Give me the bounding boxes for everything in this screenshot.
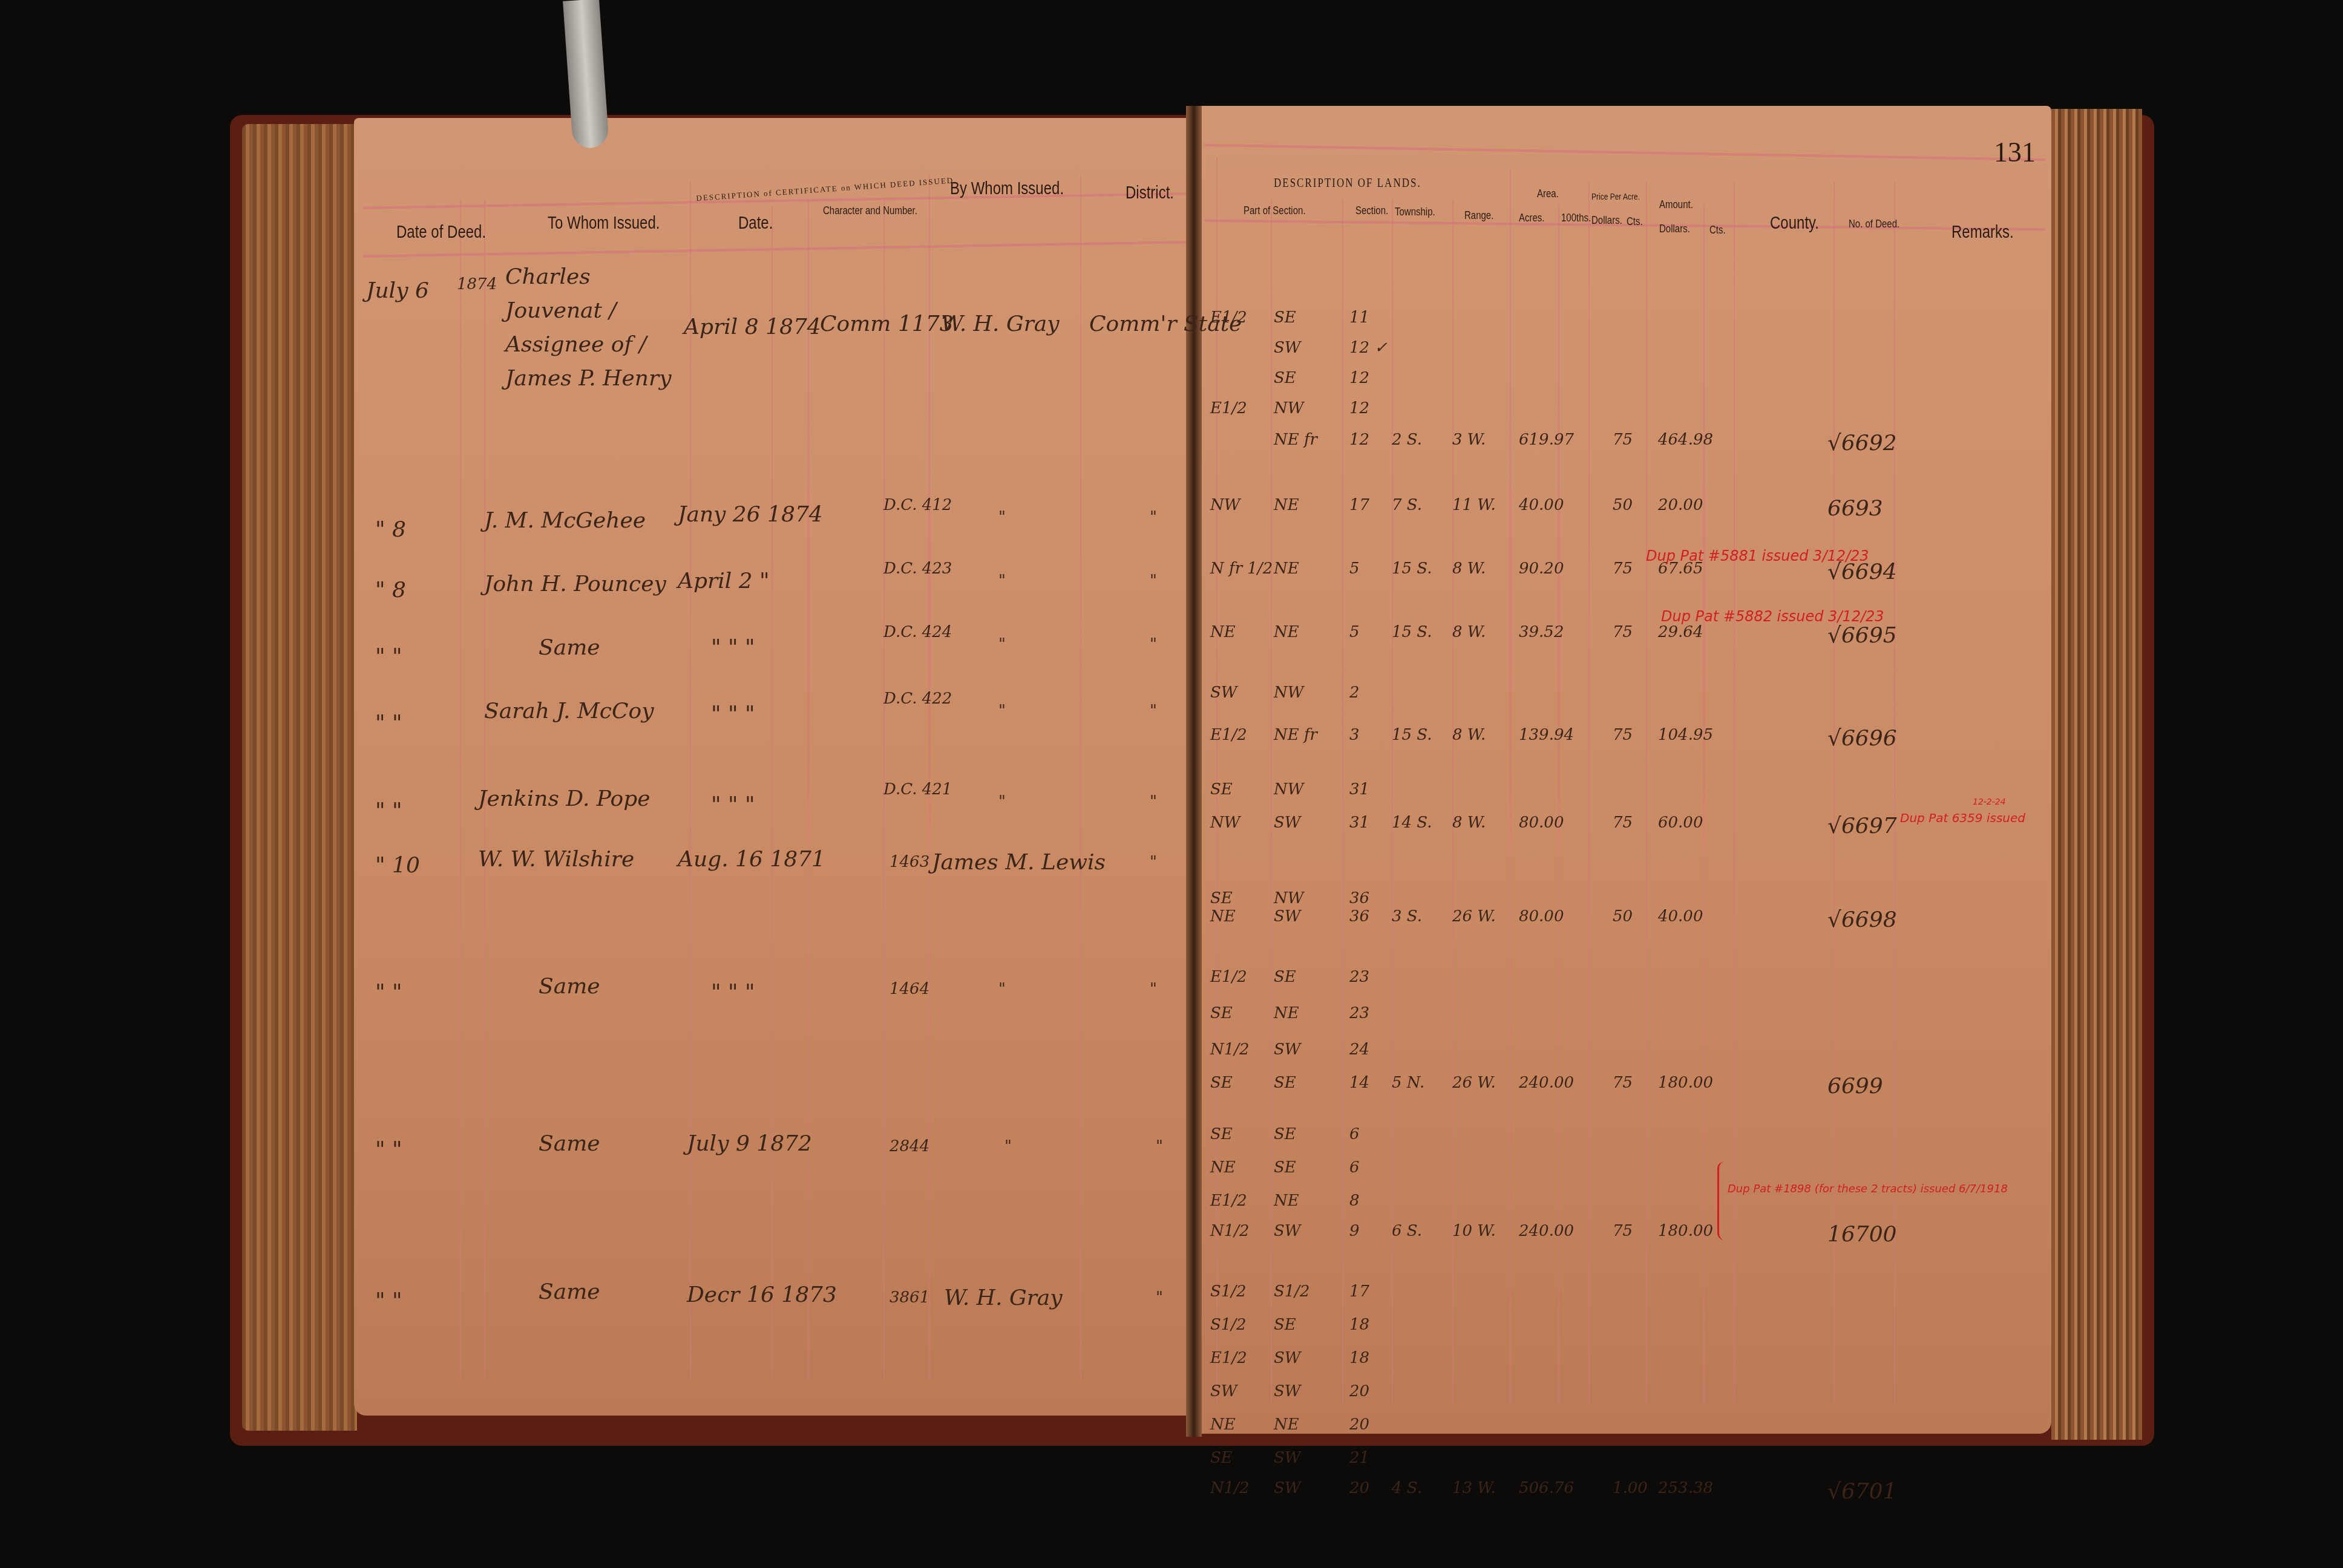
entry-cert-date: Aug. 16 1871 <box>678 847 825 872</box>
land-quarter: SW <box>1274 814 1301 832</box>
land-part: SE <box>1210 1074 1233 1092</box>
land-quarter: NW <box>1274 889 1303 907</box>
land-deed-number: √6692 <box>1827 431 1897 456</box>
land-township: 7 S. <box>1392 496 1422 514</box>
entry-character: D.C. 423 <box>883 560 952 578</box>
land-deed-number: √6695 <box>1827 623 1897 648</box>
entry-name: Same <box>539 974 600 999</box>
land-quarter: S1/2 <box>1274 1282 1310 1301</box>
land-section: 3 <box>1349 726 1360 744</box>
land-acres: 139.94 <box>1519 726 1574 744</box>
col-line <box>1588 181 1590 1403</box>
entry-district: " <box>1150 572 1157 590</box>
land-deed-number: √6696 <box>1827 726 1897 751</box>
land-quarter: SW <box>1274 1449 1301 1467</box>
land-range: 26 W. <box>1452 907 1496 926</box>
entry-cert-date: April 2 " <box>678 569 770 593</box>
header-price-cts: Cts. <box>1627 215 1643 228</box>
land-quarter: SW <box>1274 1382 1301 1400</box>
land-part: E1/2 <box>1210 309 1247 327</box>
land-price: 1.00 <box>1613 1479 1648 1497</box>
land-quarter: SE <box>1274 1125 1296 1143</box>
header-amount-dollars: Dollars. <box>1659 223 1690 235</box>
land-section: 14 <box>1349 1074 1369 1092</box>
header-range: Range. <box>1464 209 1493 222</box>
entry-district: " <box>1150 853 1157 871</box>
land-section: 20 <box>1349 1416 1369 1434</box>
land-part: S1/2 <box>1210 1316 1247 1334</box>
entry-by-whom: " <box>998 792 1006 811</box>
land-part: E1/2 <box>1210 968 1247 986</box>
land-quarter: NE <box>1274 1416 1299 1434</box>
entry-character: D.C. 424 <box>883 623 952 641</box>
land-acres: 240.00 <box>1519 1222 1574 1240</box>
header-no-of-deed: No. of Deed. <box>1849 218 1899 230</box>
land-part: SW <box>1210 684 1237 702</box>
header-remarks: Remarks. <box>1951 222 2014 243</box>
col-line <box>808 200 809 1379</box>
entry-by-whom: " <box>998 635 1006 653</box>
header-amount-cts: Cts. <box>1709 224 1726 237</box>
land-section: 12 <box>1349 431 1369 449</box>
land-part: E1/2 <box>1210 1192 1247 1210</box>
entry-cert-date: Jany 26 1874 <box>678 502 823 527</box>
land-part: E1/2 <box>1210 726 1247 744</box>
land-section: 11 <box>1349 309 1369 327</box>
header-lands-group: DESCRIPTION OF LANDS. <box>1274 176 1421 191</box>
land-quarter: SE <box>1274 968 1296 986</box>
land-township: 14 S. <box>1392 814 1432 832</box>
land-quarter: SE <box>1274 1074 1296 1092</box>
land-deed-number: √6697 <box>1827 814 1897 838</box>
land-part: SW <box>1210 1382 1237 1400</box>
entry-by-whom: W. H. Gray <box>941 312 1060 336</box>
col-line <box>1734 181 1735 1403</box>
land-township: 2 S. <box>1392 431 1422 449</box>
land-quarter: SW <box>1274 1479 1301 1497</box>
header-price-dollars: Dollars. <box>1591 214 1622 227</box>
land-section: 5 <box>1349 623 1360 641</box>
land-section: 9 <box>1349 1222 1360 1240</box>
land-price: 50 <box>1613 907 1633 926</box>
land-part: S1/2 <box>1210 1282 1247 1301</box>
header-county: County. <box>1770 213 1819 234</box>
land-section: 12 ✓ <box>1349 339 1388 357</box>
land-section: 20 <box>1349 1382 1369 1400</box>
land-deed-number: 16700 <box>1827 1222 1897 1247</box>
red-annotation: Dup Pat #5881 issued 3/12/23 <box>1646 547 1869 564</box>
entry-cert-date: July 9 1872 <box>687 1131 812 1156</box>
land-amount: 60.00 <box>1658 814 1703 832</box>
land-part: SE <box>1210 889 1233 907</box>
entry-character: D.C. 421 <box>883 780 952 799</box>
land-quarter: NE <box>1274 1192 1299 1210</box>
land-part: NE <box>1210 907 1236 926</box>
land-price: 75 <box>1613 1074 1633 1092</box>
left-page-stack <box>242 124 357 1431</box>
land-part: N1/2 <box>1210 1222 1250 1240</box>
red-annotation: Dup Pat #5882 issued 3/12/23 <box>1661 608 1884 625</box>
entry-by-whom: " <box>998 980 1006 998</box>
entry-cert-date: " " " <box>711 792 755 817</box>
land-quarter: NE fr <box>1274 726 1317 744</box>
col-line <box>1080 175 1081 1379</box>
land-acres: 90.20 <box>1519 560 1564 578</box>
entry-character: 3861 <box>890 1289 929 1307</box>
entry-district: " <box>1150 702 1157 720</box>
entry-deed-date: " 10 <box>375 853 420 878</box>
land-quarter: NE fr <box>1274 431 1317 449</box>
red-annotation-date: 12-2-24 <box>1973 797 2006 807</box>
land-quarter: NW <box>1274 780 1303 799</box>
land-township: 6 S. <box>1392 1222 1422 1240</box>
land-range: 26 W. <box>1452 1074 1496 1092</box>
land-section: 18 <box>1349 1349 1369 1367</box>
land-part: NE <box>1210 1158 1236 1177</box>
land-section: 36 <box>1349 907 1369 926</box>
land-amount: 180.00 <box>1658 1074 1713 1092</box>
entry-name: Same <box>539 635 600 660</box>
land-price: 75 <box>1613 726 1633 744</box>
land-range: 8 W. <box>1452 560 1486 578</box>
land-acres: 39.52 <box>1519 623 1564 641</box>
header-character-number: Character and Number. <box>823 204 917 217</box>
land-price: 75 <box>1613 1222 1633 1240</box>
land-deed-number: 6699 <box>1827 1074 1883 1099</box>
entry-name: Sarah J. McCoy <box>484 699 654 724</box>
entry-district: " <box>1150 792 1157 811</box>
land-part: N1/2 <box>1210 1479 1250 1497</box>
entry-by-whom: " <box>998 702 1006 720</box>
col-line <box>772 206 773 1379</box>
land-amount: 253.38 <box>1658 1479 1713 1497</box>
land-quarter: SE <box>1274 1316 1296 1334</box>
land-part: E1/2 <box>1210 399 1247 417</box>
entry-cert-date: Decr 16 1873 <box>687 1282 837 1307</box>
land-acres: 40.00 <box>1519 496 1564 514</box>
red-annotation: Dup Pat #1898 (for these 2 tracts) issue… <box>1728 1183 2008 1195</box>
land-township: 15 S. <box>1392 560 1432 578</box>
entry-deed-date: " " <box>375 1289 402 1313</box>
right-page-stack <box>2051 109 2142 1440</box>
header-hundredths: 100ths. <box>1561 212 1591 224</box>
col-line <box>1894 181 1895 1403</box>
land-quarter: SW <box>1274 1222 1301 1240</box>
page-number: 131 <box>1994 136 2036 168</box>
entry-cert-date: April 8 1874 <box>684 315 821 339</box>
land-deed-number: 6693 <box>1827 496 1883 521</box>
land-range: 3 W. <box>1452 431 1486 449</box>
entry-character: D.C. 412 <box>883 496 952 514</box>
entry-character: 1464 <box>890 980 929 998</box>
entry-district: " <box>1150 635 1157 653</box>
land-section: 17 <box>1349 1282 1369 1301</box>
col-line <box>1271 200 1272 1403</box>
land-range: 8 W. <box>1452 623 1486 641</box>
entry-name: John H. Pouncey <box>484 572 666 596</box>
land-township: 15 S. <box>1392 726 1432 744</box>
land-township: 15 S. <box>1392 623 1432 641</box>
entry-cert-date: " " " <box>711 635 755 660</box>
header-district: District. <box>1126 183 1174 204</box>
land-part: N1/2 <box>1210 1040 1250 1059</box>
land-quarter: NE <box>1274 623 1299 641</box>
land-quarter: SE <box>1274 369 1296 387</box>
land-acres: 240.00 <box>1519 1074 1574 1092</box>
entry-deed-date: " " <box>375 980 402 1005</box>
land-quarter: SW <box>1274 907 1301 926</box>
land-part: NE <box>1210 623 1236 641</box>
land-acres: 619.97 <box>1519 431 1574 449</box>
entry-character: D.C. 422 <box>883 690 952 708</box>
header-date-of-deed: Date of Deed. <box>396 222 486 243</box>
entry-by-whom: " <box>998 508 1006 526</box>
header-section: Section. <box>1355 204 1388 217</box>
entry-deed-date: " " <box>375 644 402 669</box>
land-section: 12 <box>1349 369 1369 387</box>
land-part: SE <box>1210 780 1233 799</box>
land-range: 11 W. <box>1452 496 1496 514</box>
entry-deed-date: " 8 <box>375 578 406 603</box>
land-amount: 20.00 <box>1658 496 1703 514</box>
entry-by-whom: W. H. Gray <box>944 1285 1063 1310</box>
left-page <box>354 118 1192 1416</box>
entry-character: 1463 <box>890 853 929 871</box>
land-section: 31 <box>1349 814 1369 832</box>
entry-district: " <box>1156 1289 1163 1307</box>
entry-deed-date: " " <box>375 1137 402 1162</box>
col-line <box>929 175 930 1379</box>
land-quarter: NE <box>1274 560 1299 578</box>
land-quarter: SE <box>1274 1158 1296 1177</box>
entry-name: Charles Jouvenat / Assignee of / James P… <box>505 260 687 396</box>
entry-cert-date: " " " <box>711 702 755 727</box>
land-amount: 104.95 <box>1658 726 1713 744</box>
land-acres: 506.76 <box>1519 1479 1574 1497</box>
land-amount: 40.00 <box>1658 907 1703 926</box>
land-price: 75 <box>1613 623 1633 641</box>
land-price: 50 <box>1613 496 1633 514</box>
col-line <box>460 200 461 1379</box>
land-deed-number: √6701 <box>1827 1479 1897 1504</box>
header-township: Township. <box>1395 206 1435 218</box>
land-quarter: NE <box>1274 496 1299 514</box>
header-to-whom-issued: To Whom Issued. <box>548 213 660 234</box>
entry-by-whom: " <box>1004 1137 1012 1155</box>
land-section: 20 <box>1349 1479 1369 1497</box>
land-quarter: SW <box>1274 1040 1301 1059</box>
entry-district: " <box>1150 508 1157 526</box>
land-section: 18 <box>1349 1316 1369 1334</box>
land-range: 13 W. <box>1452 1479 1496 1497</box>
land-range: 8 W. <box>1452 726 1486 744</box>
land-acres: 80.00 <box>1519 907 1564 926</box>
land-part: SE <box>1210 1449 1233 1467</box>
land-section: 36 <box>1349 889 1369 907</box>
land-section: 23 <box>1349 1004 1369 1022</box>
entry-cert-date: " " " <box>711 980 755 1005</box>
land-amount: 464.98 <box>1658 431 1713 449</box>
land-range: 8 W. <box>1452 814 1486 832</box>
land-price: 75 <box>1613 431 1633 449</box>
entry-name: J. M. McGehee <box>484 508 646 533</box>
land-section: 5 <box>1349 560 1360 578</box>
land-part: SE <box>1210 1004 1233 1022</box>
header-acres: Acres. <box>1519 212 1545 224</box>
land-township: 5 N. <box>1392 1074 1424 1092</box>
header-area: Area. <box>1537 188 1559 200</box>
land-part: E1/2 <box>1210 1349 1247 1367</box>
land-quarter: SW <box>1274 339 1301 357</box>
land-acres: 80.00 <box>1519 814 1564 832</box>
entry-by-whom: James M. Lewis <box>932 850 1106 875</box>
land-section: 23 <box>1349 968 1369 986</box>
entry-deed-date: July 6 <box>366 278 429 303</box>
header-cert-date: Date. <box>738 213 773 234</box>
land-section: 2 <box>1349 684 1360 702</box>
land-section: 17 <box>1349 496 1369 514</box>
col-line <box>690 181 691 1379</box>
col-line <box>1833 181 1835 1403</box>
col-line <box>1510 169 1511 1403</box>
red-annotation: Dup Pat 6359 issued <box>1900 811 2025 825</box>
entry-character: Comm 1173 <box>820 312 954 336</box>
land-amount: 29.64 <box>1658 623 1703 641</box>
entry-character: 2844 <box>890 1137 929 1155</box>
land-part: NW <box>1210 496 1240 514</box>
land-part: NW <box>1210 814 1240 832</box>
land-section: 21 <box>1349 1449 1369 1467</box>
land-part: N fr 1/2 <box>1210 560 1273 578</box>
land-part: SE <box>1210 1125 1233 1143</box>
land-quarter: NW <box>1274 399 1303 417</box>
land-deed-number: √6698 <box>1827 907 1897 932</box>
land-quarter: SW <box>1274 1349 1301 1367</box>
land-section: 12 <box>1349 399 1369 417</box>
entry-name: Same <box>539 1279 600 1304</box>
header-part-of-section: Part of Section. <box>1244 204 1306 217</box>
header-amount: Amount. <box>1659 198 1693 211</box>
land-quarter: NW <box>1274 684 1303 702</box>
col-line <box>1342 200 1343 1403</box>
land-section: 8 <box>1349 1192 1360 1210</box>
book-gutter <box>1186 106 1202 1437</box>
land-part: NE <box>1210 1416 1236 1434</box>
land-township: 3 S. <box>1392 907 1422 926</box>
header-by-whom-issued: By Whom Issued. <box>950 178 1064 200</box>
header-price-per-acre: Price Per Acre. <box>1591 191 1640 202</box>
entry-year: 1874 <box>457 275 497 293</box>
land-quarter: SE <box>1274 309 1296 327</box>
red-brace <box>1717 1161 1728 1240</box>
entry-name: W. W. Wilshire <box>478 847 634 872</box>
land-section: 24 <box>1349 1040 1369 1059</box>
land-price: 75 <box>1613 814 1633 832</box>
land-section: 6 <box>1349 1125 1360 1143</box>
entry-by-whom: " <box>998 572 1006 590</box>
col-line <box>1646 181 1647 1403</box>
land-amount: 180.00 <box>1658 1222 1713 1240</box>
entry-deed-date: " 8 <box>375 517 406 542</box>
land-section: 6 <box>1349 1158 1360 1177</box>
entry-deed-date: " " <box>375 711 402 736</box>
entry-name: Jenkins D. Pope <box>478 786 650 811</box>
entry-district: " <box>1156 1137 1163 1155</box>
land-range: 10 W. <box>1452 1222 1496 1240</box>
land-township: 4 S. <box>1392 1479 1422 1497</box>
entry-name: Same <box>539 1131 600 1156</box>
land-price: 75 <box>1613 560 1633 578</box>
land-section: 31 <box>1349 780 1369 799</box>
entry-district: " <box>1150 980 1157 998</box>
entry-deed-date: " " <box>375 799 402 823</box>
land-quarter: NE <box>1274 1004 1299 1022</box>
